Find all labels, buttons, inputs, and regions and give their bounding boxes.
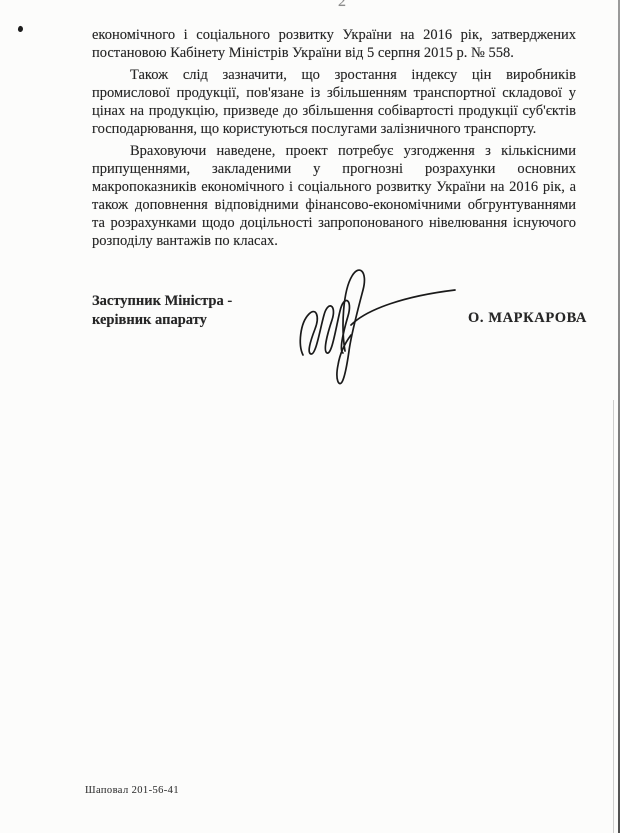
scan-edge-inner-line <box>613 400 614 833</box>
signatory-title-line1: Заступник Міністра - <box>92 292 232 311</box>
paragraph-conclusion: Враховуючи наведене, проект потребує узг… <box>92 142 576 250</box>
signatory-name: О. МАРКАРОВА <box>468 310 587 327</box>
page-number: 2 <box>338 0 346 11</box>
document-body: економічного і соціального розвитку Укра… <box>92 26 576 254</box>
scanned-document-page: 2 економічного і соціального розвитку Ук… <box>0 0 620 833</box>
signatory-title-line2: керівник апарату <box>92 311 232 330</box>
paragraph-continuation: економічного і соціального розвитку Укра… <box>92 26 576 62</box>
signature-scribble <box>293 263 463 393</box>
scan-noise-speck <box>17 25 24 32</box>
signatory-title: Заступник Міністра - керівник апарату <box>92 292 232 330</box>
paragraph-producer-prices: Також слід зазначити, що зростання індек… <box>92 66 576 138</box>
executor-reference: Шаповал 201-56-41 <box>85 785 179 796</box>
